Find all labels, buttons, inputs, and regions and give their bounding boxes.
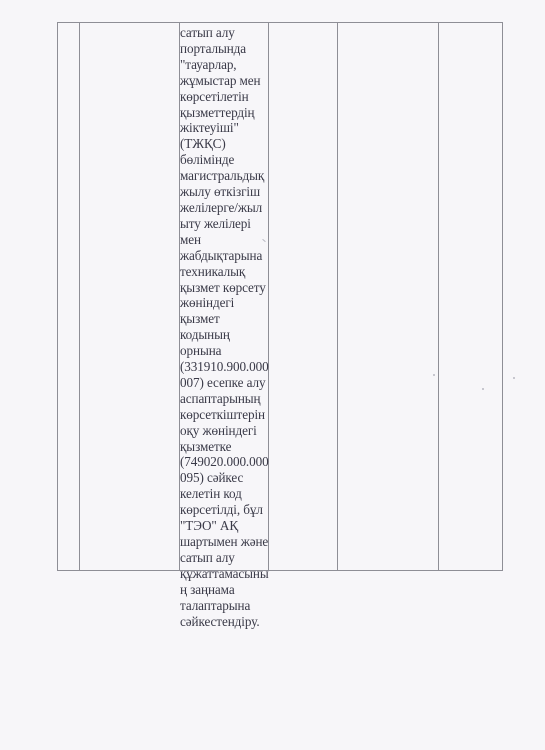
column-divider [438, 23, 439, 570]
cell-text-line: орнына [180, 343, 272, 359]
cell-text-line: шартымен және [180, 534, 272, 550]
cell-text-line: мен [180, 232, 272, 248]
cell-text-line: қызметтердің [180, 105, 272, 121]
cell-text-line: кодының [180, 327, 272, 343]
table-cell-description: сатып алупорталында"тауарлар,жұмыстар ме… [180, 25, 272, 629]
cell-text-line: (ТЖҚС) [180, 136, 272, 152]
cell-text-line: жіктеуіші" [180, 120, 272, 136]
cell-text-line: "тауарлар, [180, 57, 272, 73]
document-table: сатып алупорталында"тауарлар,жұмыстар ме… [57, 22, 503, 571]
cell-text-line: аспаптарының [180, 391, 272, 407]
cell-text-line: сәйкестендіру. [180, 614, 272, 630]
cell-text-line: "ТЭО" АҚ [180, 518, 272, 534]
cell-text-line: техникалық [180, 264, 272, 280]
cell-text-line: қызмет [180, 311, 272, 327]
cell-text-line: ыту желілері [180, 216, 272, 232]
column-divider [337, 23, 338, 570]
cell-text-line: сатып алу [180, 25, 272, 41]
scan-speck [482, 388, 484, 390]
cell-text-line: 095) сәйкес [180, 470, 272, 486]
cell-text-line: магистральдық [180, 168, 272, 184]
scan-speck [513, 377, 515, 379]
cell-text-line: жылу өткізгіш [180, 184, 272, 200]
cell-text-line: талаптарына [180, 598, 272, 614]
cell-text-line: көрсетілетін [180, 89, 272, 105]
cell-text-line: 007) есепке алу [180, 375, 272, 391]
document-page: сатып алупорталында"тауарлар,жұмыстар ме… [0, 0, 545, 750]
cell-text-line: оқу жөніндегі [180, 423, 272, 439]
cell-text-line: порталында [180, 41, 272, 57]
column-divider [79, 23, 80, 570]
cell-text-line: бөлімінде [180, 152, 272, 168]
cell-text-line: құжаттамасыны [180, 566, 272, 582]
cell-text-line: жабдықтарына [180, 248, 272, 264]
cell-text-line: желілерге/жыл [180, 200, 272, 216]
cell-text-line: қызмет көрсету [180, 280, 272, 296]
cell-text-line: (749020.000.000 [180, 454, 272, 470]
cell-text-line: сатып алу [180, 550, 272, 566]
cell-text-line: жұмыстар мен [180, 73, 272, 89]
cell-text-line: (331910.900.000 [180, 359, 272, 375]
cell-text-line: келетін код [180, 486, 272, 502]
scan-speck [433, 374, 435, 376]
cell-text-line: қызметке [180, 439, 272, 455]
cell-text-line: көрсетілді, бұл [180, 502, 272, 518]
cell-text-line: көрсеткіштерін [180, 407, 272, 423]
cell-text-line: ң заңнама [180, 582, 272, 598]
cell-text-line: жөніндегі [180, 295, 272, 311]
